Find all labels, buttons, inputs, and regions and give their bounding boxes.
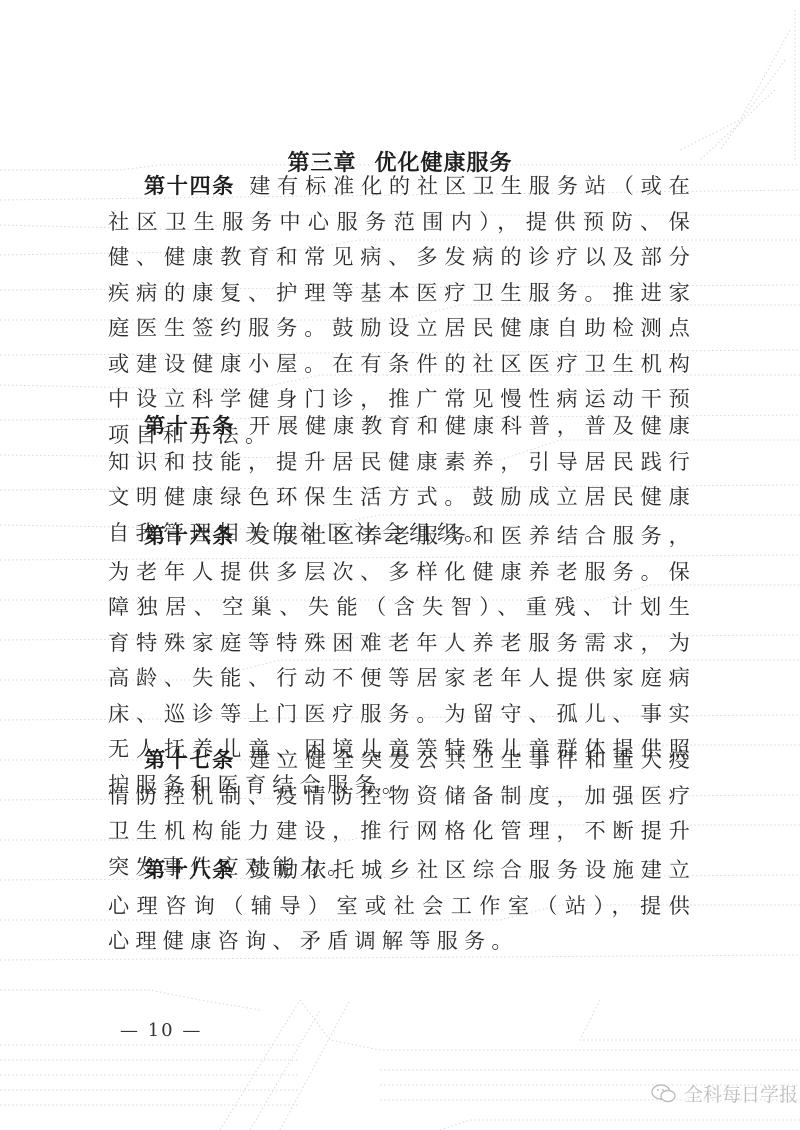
article-text: 建有标准化的社区卫生服务站（或在社区卫生服务中心服务范围内），提供预防、保健、健… <box>108 173 696 447</box>
document-page: 第三章优化健康服务 第十四条建有标准化的社区卫生服务站（或在社区卫生服务中心服务… <box>0 0 800 1130</box>
article-18: 第十八条鼓励依托城乡社区综合服务设施建立心理咨询（辅导）室或社会工作室（站），提… <box>108 852 696 959</box>
watermark-text: 全科每日学报 <box>684 1080 798 1107</box>
wechat-icon <box>650 1083 678 1105</box>
article-label: 第十七条 <box>144 747 235 772</box>
article-label: 第十四条 <box>144 173 235 198</box>
watermark: 全科每日学报 <box>650 1080 798 1107</box>
article-label: 第十五条 <box>144 413 235 438</box>
page-number: — 10 — <box>120 1020 202 1041</box>
article-label: 第十八条 <box>144 857 235 882</box>
article-label: 第十六条 <box>144 523 235 548</box>
